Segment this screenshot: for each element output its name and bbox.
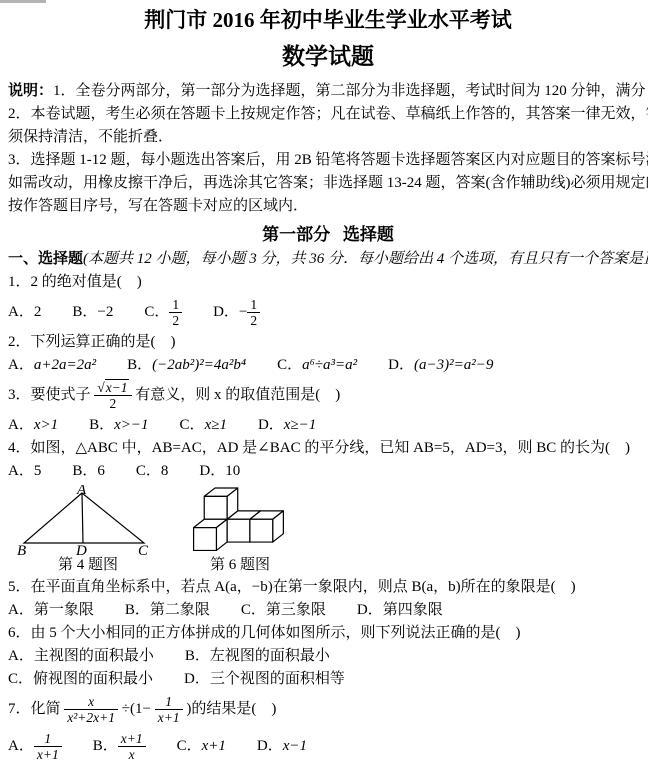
- q1-option-d: D．−12: [213, 304, 260, 320]
- fig4-label-b: B: [17, 543, 26, 555]
- question-7: 7．化简 xx²+2x+1 ÷(1− 1x+1 )的结果是( ) A．1x+1B…: [8, 691, 648, 765]
- q6-option-d: D．三个视图的面积相等: [184, 671, 345, 687]
- q5-option-b: B．第二象限: [125, 602, 210, 618]
- fraction: x+1x: [118, 731, 146, 762]
- scrollbar-fragment: [0, 0, 46, 3]
- q3-option-b: B．x>−1: [89, 417, 148, 433]
- q4-option-c: C．8: [136, 463, 169, 479]
- question-1: 1．2 的绝对值是( ) A．2B．−2C．12D．−12: [8, 271, 648, 331]
- section-intro-note: (本题共 12 小题，每小题 3 分，共 36 分．每小题给出 4 个选项，有且…: [83, 251, 648, 267]
- fraction: 12: [247, 297, 260, 328]
- q7-option-a: A．1x+1: [8, 738, 62, 754]
- q1-options: A．2B．−2C．12D．−12: [8, 294, 648, 331]
- question-6: 6．由 5 个大小相同的正方体拼成的几何体如图所示，则下列说法正确的是( ) A…: [8, 622, 648, 691]
- instructions: 说明：1．全卷分两部分，第一部分为选择题，第二部分为非选择题，考试时间为 120…: [8, 79, 648, 218]
- radical-sign: √: [97, 380, 104, 395]
- q3-options: A．x>1B．x>−1C．x≥1D．x≥−1: [8, 414, 648, 437]
- q7-option-c: C．x+1: [177, 738, 226, 754]
- fig6-cubes: [176, 485, 304, 555]
- instruction-line-6: 按作答题目序号，写在答题卡对应的区域内．: [8, 195, 648, 218]
- q1-option-a: A．2: [8, 304, 41, 320]
- fig4-label-a: A: [76, 485, 87, 498]
- q2-option-d: D．(a−3)²=a²−9: [388, 357, 493, 373]
- section-intro: 一、选择题(本题共 12 小题，每小题 3 分，共 36 分．每小题给出 4 个…: [8, 247, 648, 271]
- q2-stem: 2．下列运算正确的是( ): [8, 331, 648, 354]
- figures-row: A B D C 第 4 题图 第 6 题图: [12, 485, 648, 576]
- question-3: 3．要使式子 √x−12 有意义，则 x 的取值范围是( ) A．x>1B．x>…: [8, 377, 648, 437]
- instruction-line-5: 如需改动，用橡皮擦干净后，再选涂其它答案；非选择题 13-24 题，答案(含作辅…: [8, 172, 648, 195]
- q6-options-row-2: C．俯视图的面积最小D．三个视图的面积相等: [8, 668, 648, 691]
- fig4-block: A B D C 第 4 题图: [12, 485, 164, 576]
- fraction: xx²+2x+1: [64, 694, 118, 725]
- instruction-line-4: 3．选择题 1-12 题，每小题选出答案后，用 2B 铅笔将答题卡选择题答案区内…: [8, 149, 648, 172]
- page-subtitle: 数学试题: [8, 41, 648, 71]
- q4-option-a: A．5: [8, 463, 41, 479]
- q3-option-a: A．x>1: [8, 417, 58, 433]
- q2-options: A．a+2a=2a²B．(−2ab²)²=4a²b⁴C．a⁶÷a³=a²D．(a…: [8, 354, 648, 377]
- instructions-label: 说明：: [8, 82, 53, 99]
- q6-options-row-1: A．主视图的面积最小B．左视图的面积最小: [8, 645, 648, 668]
- q1-option-b: B．−2: [72, 304, 113, 320]
- q5-option-c: C．第三象限: [241, 602, 326, 618]
- exam-paper: 荆门市 2016 年初中毕业生学业水平考试 数学试题 说明：1．全卷分两部分，第…: [0, 0, 648, 765]
- fig4-label-c: C: [138, 543, 149, 555]
- q7-option-b: B．x+1x: [93, 738, 146, 754]
- q5-options: A．第一象限B．第二象限C．第三象限D．第四象限: [8, 599, 648, 622]
- q3-option-d: D．x≥−1: [258, 417, 316, 433]
- section-heading: 第一部分 选择题: [8, 222, 648, 247]
- q2-option-b: B．(−2ab²)²=4a²b⁴: [127, 357, 246, 373]
- q7-option-d: D．x−1: [257, 738, 307, 754]
- q1-option-c: C．12: [144, 304, 182, 320]
- q2-option-a: A．a+2a=2a²: [8, 357, 96, 373]
- q1-stem: 1．2 的绝对值是( ): [8, 271, 648, 294]
- q3-option-c: C．x≥1: [180, 417, 227, 433]
- fig4-caption: 第 4 题图: [12, 555, 164, 576]
- fraction: 1x+1: [155, 694, 183, 725]
- q5-option-a: A．第一象限: [8, 602, 94, 618]
- fraction: 1x+1: [34, 731, 62, 762]
- q5-stem: 5．在平面直角坐标系中，若点 A(a，−b)在第一象限内，则点 B(a，b)所在…: [8, 576, 648, 599]
- question-2: 2．下列运算正确的是( ) A．a+2a=2a²B．(−2ab²)²=4a²b⁴…: [8, 331, 648, 377]
- q6-option-a: A．主视图的面积最小: [8, 648, 154, 664]
- q4-option-b: B．6: [72, 463, 105, 479]
- fig6-caption: 第 6 题图: [172, 555, 308, 576]
- fig6-block: 第 6 题图: [172, 485, 308, 576]
- fig4-label-d: D: [75, 543, 87, 555]
- q4-option-d: D．10: [199, 463, 240, 479]
- fraction: 12: [169, 297, 182, 328]
- instruction-line-3: 须保持清洁，不能折叠．: [8, 126, 648, 149]
- question-4: 4．如图，△ABC 中，AB=AC，AD 是∠BAC 的平分线，已知 AB=5，…: [8, 437, 648, 483]
- q2-option-c: C．a⁶÷a³=a²: [277, 357, 357, 373]
- q7-options: A．1x+1B．x+1xC．x+1D．x−1: [8, 728, 648, 765]
- q4-options: A．5B．6C．8D．10: [8, 460, 648, 483]
- question-5: 5．在平面直角坐标系中，若点 A(a，−b)在第一象限内，则点 B(a，b)所在…: [8, 576, 648, 622]
- instruction-line-1: 说明：1．全卷分两部分，第一部分为选择题，第二部分为非选择题，考试时间为 120…: [8, 79, 648, 103]
- q4-stem: 4．如图，△ABC 中，AB=AC，AD 是∠BAC 的平分线，已知 AB=5，…: [8, 437, 648, 460]
- section-intro-label: 一、选择题: [8, 250, 83, 267]
- q6-stem: 6．由 5 个大小相同的正方体拼成的几何体如图所示，则下列说法正确的是( ): [8, 622, 648, 645]
- sqrt-fraction: √x−12: [94, 380, 131, 411]
- q5-option-d: D．第四象限: [357, 602, 443, 618]
- page-title: 荆门市 2016 年初中毕业生学业水平考试: [8, 6, 648, 34]
- q6-option-c: C．俯视图的面积最小: [8, 671, 153, 687]
- instruction-text: 1．全卷分两部分，第一部分为选择题，第二部分为非选择题，考试时间为 120 分钟…: [53, 83, 648, 99]
- q7-stem: 7．化简 xx²+2x+1 ÷(1− 1x+1 )的结果是( ): [8, 691, 648, 728]
- instruction-line-2: 2．本卷试题，考生必须在答题卡上按规定作答；凡在试卷、草稿纸上作答的，其答案一律…: [8, 103, 648, 126]
- fig4-triangle: A B D C: [12, 485, 164, 555]
- q6-option-b: B．左视图的面积最小: [185, 648, 330, 664]
- q3-stem: 3．要使式子 √x−12 有意义，则 x 的取值范围是( ): [8, 377, 648, 414]
